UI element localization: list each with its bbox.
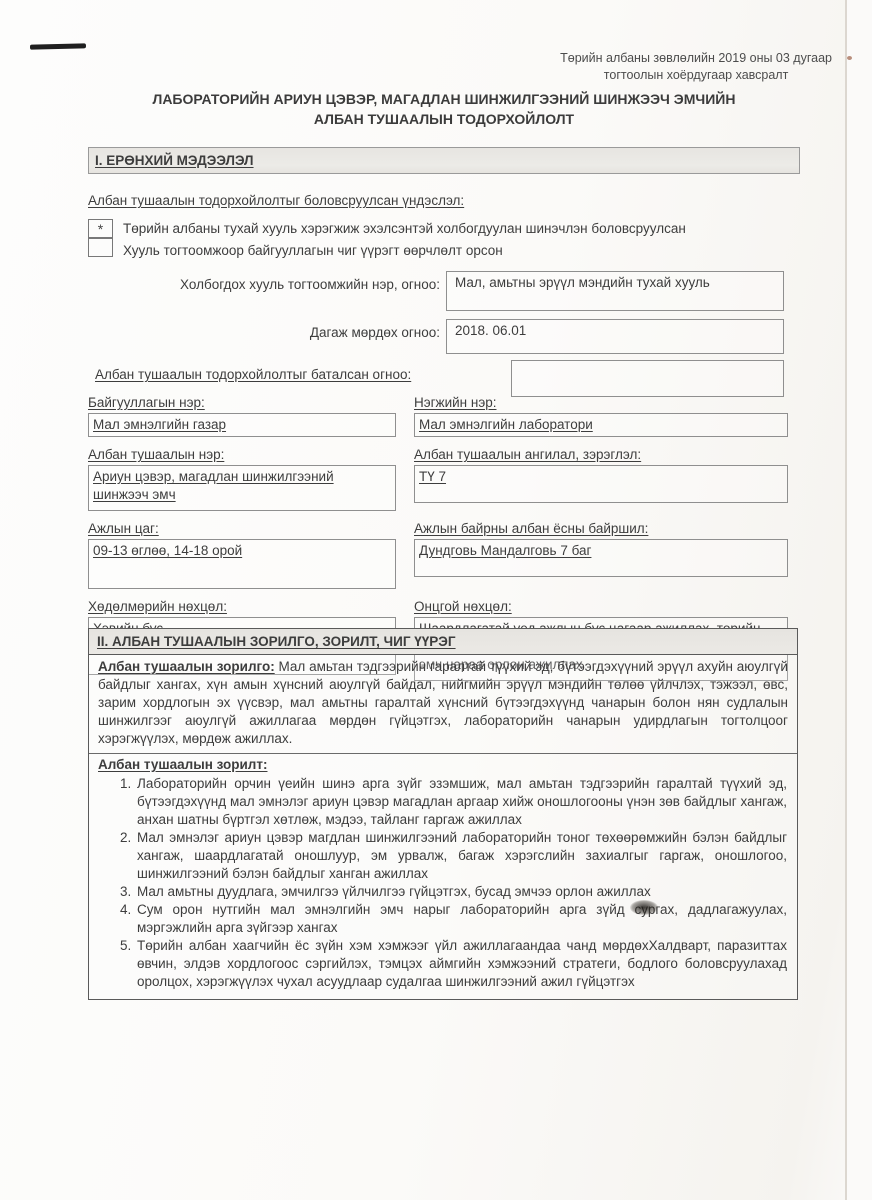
- checkbox-law-renewed: *: [88, 219, 113, 238]
- classification-field: ТҮ 7: [414, 465, 788, 503]
- organization-label: Байгууллагын нэр:: [88, 394, 205, 411]
- related-law-label: Холбогдох хууль тогтоомжийн нэр, огноо:: [0, 277, 440, 292]
- scanned-document-page: Төрийн албаны зөвлөлийн 2019 оны 03 дуга…: [0, 0, 872, 1200]
- section1-heading: I. ЕРӨНХИЙ МЭДЭЭЛЭЛ: [95, 153, 254, 168]
- field-position: Албан тушаалын нэр: Ариун цэвэр, магадла…: [88, 446, 396, 511]
- unit-value: Мал эмнэлгийн лаборатори: [419, 417, 593, 432]
- special-conditions-label: Онцгой нөхцөл:: [414, 598, 512, 615]
- unit-field: Мал эмнэлгийн лаборатори: [414, 413, 788, 437]
- checkbox-law-renewed-label: Төрийн албаны тухай хууль хэрэгжиж эхэлс…: [123, 221, 686, 236]
- location-field: Дундговь Мандалговь 7 баг: [414, 539, 788, 577]
- organization-value: Мал эмнэлгийн газар: [93, 417, 226, 432]
- labor-conditions-label: Хөдөлмөрийн нөхцөл:: [88, 598, 227, 615]
- annex-note-line1: Төрийн албаны зөвлөлийн 2019 оны 03 дуга…: [560, 50, 832, 67]
- effective-date-value: 2018. 06.01: [455, 323, 526, 338]
- position-purpose-paragraph: Албан тушаалын зорилго: Мал амьтан тэдгэ…: [89, 655, 797, 753]
- location-label: Ажлын байрны албан ёсны байршил:: [414, 520, 648, 537]
- annex-note: Төрийн албаны зөвлөлийн 2019 оны 03 дуга…: [560, 50, 832, 84]
- scan-edge-line: [845, 0, 847, 1200]
- document-title: ЛАБОРАТОРИЙН АРИУН ЦЭВЭР, МАГАДЛАН ШИНЖИ…: [60, 89, 828, 129]
- unit-label: Нэгжийн нэр:: [414, 394, 496, 411]
- work-hours-field: 09-13 өглөө, 14-18 орой: [88, 539, 396, 589]
- position-label: Албан тушаалын нэр:: [88, 446, 224, 463]
- classification-label: Албан тушаалын ангилал, зэрэглэл:: [414, 446, 641, 463]
- effective-date-label: Дагаж мөрдөх огноо:: [0, 325, 440, 340]
- scan-artifact-dash: [30, 43, 86, 49]
- field-unit: Нэгжийн нэр: Мал эмнэлгийн лаборатори: [414, 394, 788, 437]
- section2-table: II. АЛБАН ТУШААЛЫН ЗОРИЛГО, ЗОРИЛТ, ЧИГ …: [88, 628, 798, 1000]
- goal-item-2: Мал эмнэлэг ариун цэвэр магдлан шинжилгэ…: [135, 829, 787, 883]
- scan-artifact-dot: [847, 56, 852, 60]
- goal-item-4: Сум орон нутгийн мал эмнэлгийн эмч нарыг…: [135, 901, 787, 937]
- field-classification: Албан тушаалын ангилал, зэрэглэл: ТҮ 7: [414, 446, 788, 503]
- organization-field: Мал эмнэлгийн газар: [88, 413, 396, 437]
- position-field: Ариун цэвэр, магадлан шинжилгээний шинжэ…: [88, 465, 396, 511]
- section2-heading: II. АЛБАН ТУШААЛЫН ЗОРИЛГО, ЗОРИЛТ, ЧИГ …: [97, 634, 456, 649]
- section2-header-band: II. АЛБАН ТУШААЛЫН ЗОРИЛГО, ЗОРИЛТ, ЧИГ …: [89, 629, 797, 655]
- goals-label-row: Албан тушаалын зорилт:: [89, 753, 797, 774]
- checkbox-function-changed-label: Хууль тогтоомжоор байгууллагын чиг үүрэг…: [123, 243, 503, 258]
- purpose-label: Албан тушаалын зорилго:: [98, 659, 275, 674]
- field-work-hours: Ажлын цаг: 09-13 өглөө, 14-18 орой: [88, 520, 396, 589]
- approved-date-label: Албан тушаалын тодорхойлолтыг баталсан о…: [95, 367, 411, 382]
- field-location: Ажлын байрны албан ёсны байршил: Дундгов…: [414, 520, 788, 577]
- goal-item-5: Төрийн албан хаагчийн ёс зүйн хэм хэмжээ…: [135, 937, 787, 991]
- position-value: Ариун цэвэр, магадлан шинжилгээний шинжэ…: [93, 469, 334, 502]
- work-hours-label: Ажлын цаг:: [88, 520, 159, 537]
- basis-label: Албан тушаалын тодорхойлолтыг боловсруул…: [88, 193, 464, 208]
- section1-header-band: I. ЕРӨНХИЙ МЭДЭЭЛЭЛ: [88, 147, 800, 174]
- effective-date-field: 2018. 06.01: [446, 319, 784, 354]
- approved-date-field: [511, 360, 784, 397]
- document-title-line2: АЛБАН ТУШААЛЫН ТОДОРХОЙЛОЛТ: [60, 109, 828, 129]
- related-law-value: Мал, амьтны эрүүл мэндийн тухай хууль: [455, 275, 710, 290]
- field-organization: Байгууллагын нэр: Мал эмнэлгийн газар: [88, 394, 396, 437]
- goal-item-3: Мал амьтны дуудлага, эмчилгээ үйлчилгээ …: [135, 883, 787, 901]
- goals-list: Лабораторийн орчин үеийн шинэ арга зүйг …: [89, 775, 797, 999]
- related-law-field: Мал, амьтны эрүүл мэндийн тухай хууль: [446, 271, 784, 311]
- work-hours-value: 09-13 өглөө, 14-18 орой: [93, 543, 242, 558]
- scan-edge-highlight: [847, 0, 872, 1200]
- location-value: Дундговь Мандалговь 7 баг: [419, 543, 591, 558]
- document-title-line1: ЛАБОРАТОРИЙН АРИУН ЦЭВЭР, МАГАДЛАН ШИНЖИ…: [60, 89, 828, 109]
- goal-item-1: Лабораторийн орчин үеийн шинэ арга зүйг …: [135, 775, 787, 829]
- goals-label: Албан тушаалын зорилт:: [98, 757, 267, 772]
- classification-value: ТҮ 7: [419, 469, 446, 484]
- checkbox-function-changed: [88, 238, 113, 257]
- annex-note-line2: тогтоолын хоёрдугаар хавсралт: [560, 67, 832, 84]
